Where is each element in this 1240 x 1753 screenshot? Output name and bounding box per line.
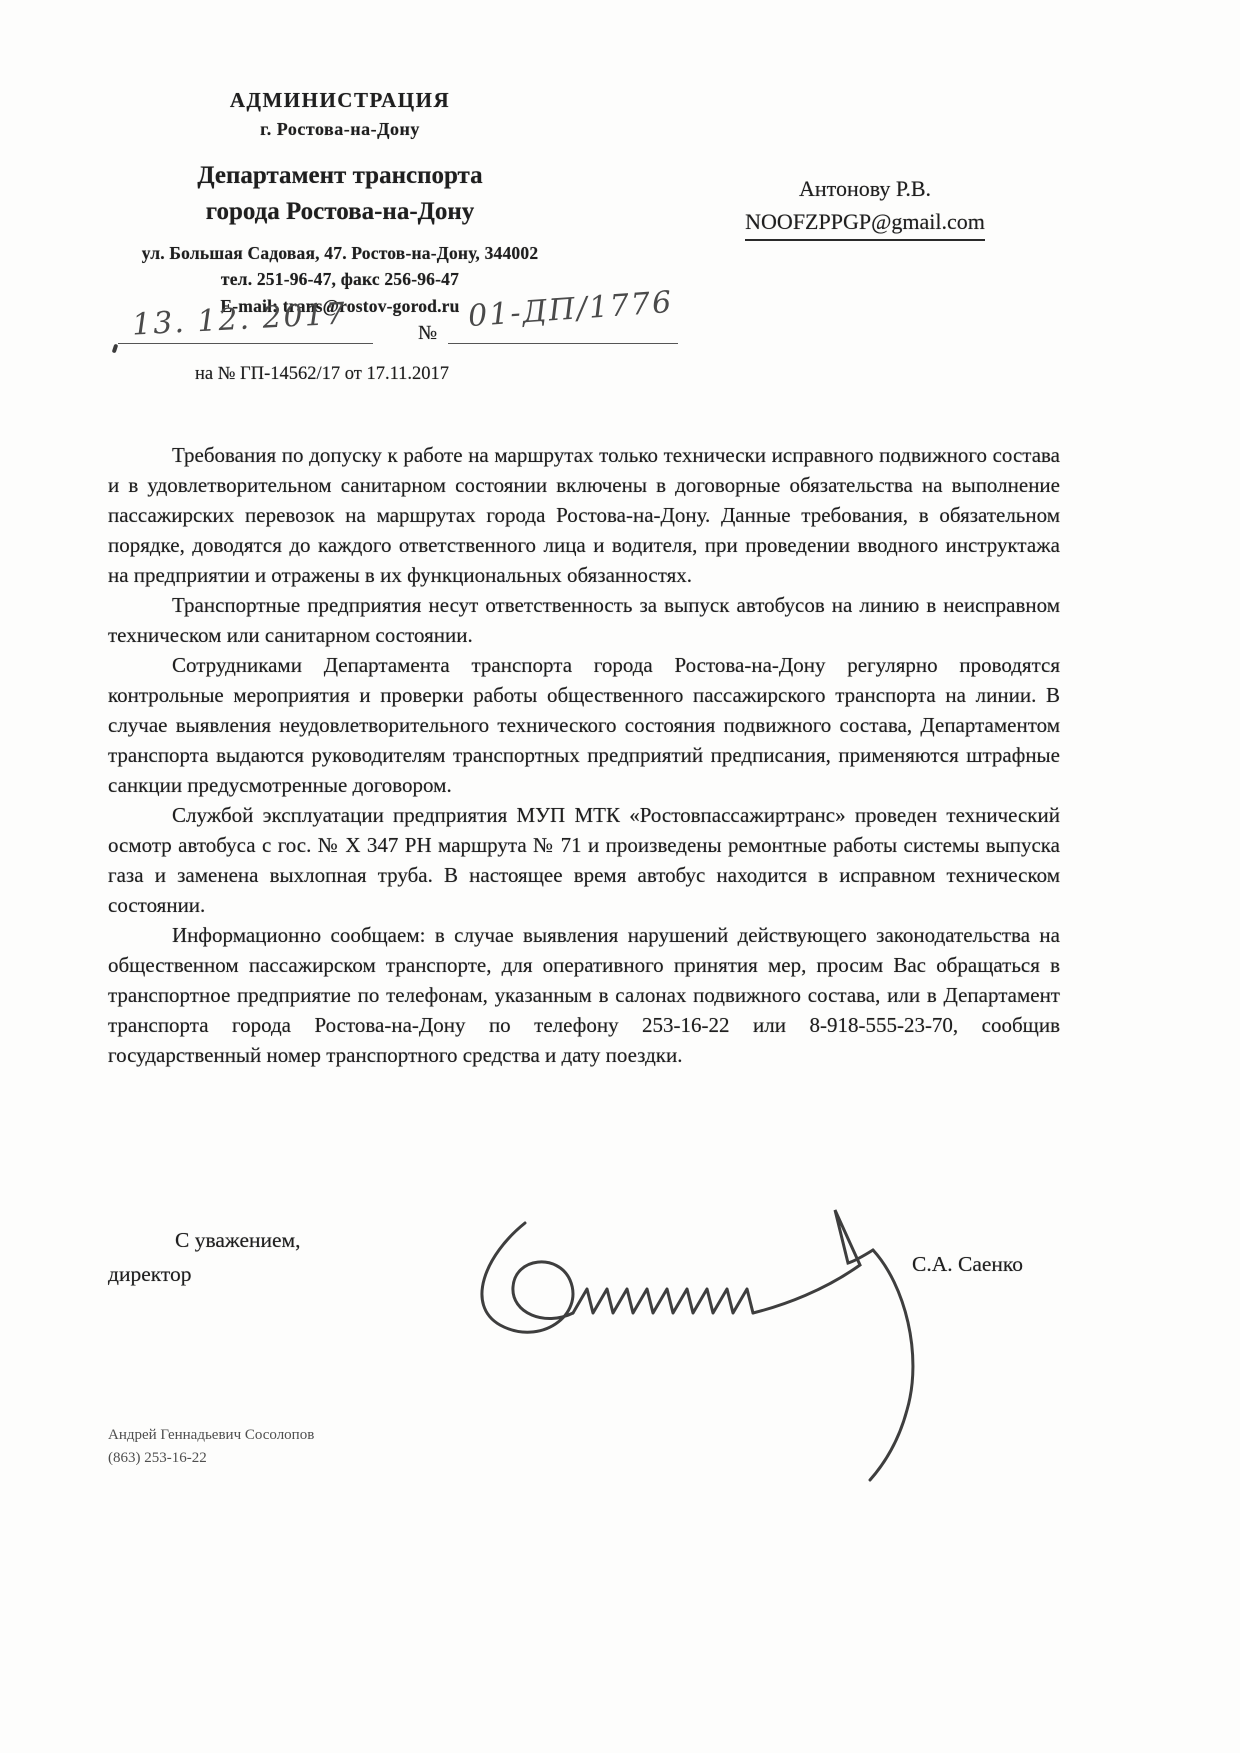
recipient-email: NOOFZPPGP@gmail.com — [745, 205, 985, 241]
number-sign: № — [418, 322, 437, 345]
signer-position: директор — [108, 1262, 192, 1287]
letterhead-phones: тел. 251-96-47, факс 256-96-47 — [95, 266, 585, 292]
date-number-row: 13. 12. 2017 № 01-ДП/1776 — [118, 300, 678, 356]
executor-block: Андрей Геннадьевич Сосолопов (863) 253-1… — [108, 1424, 314, 1469]
body-paragraph-4: Службой эксплуатации предприятия МУП МТК… — [108, 800, 1060, 920]
department-name-line1: Департамент транспорта — [110, 158, 570, 194]
reply-reference: на № ГП-14562/17 от 17.11.2017 — [195, 364, 449, 385]
body-paragraph-5: Информационно сообщаем: в случае выявлен… — [108, 920, 1060, 1070]
handwritten-signature — [455, 1195, 975, 1495]
letterhead-address: ул. Большая Садовая, 47. Ростов-на-Дону,… — [95, 240, 585, 266]
letterhead-department: Департамент транспорта города Ростова-на… — [110, 158, 570, 231]
body-paragraph-1: Требования по допуску к работе на маршру… — [108, 440, 1060, 590]
executor-phone: (863) 253-16-22 — [108, 1447, 314, 1470]
handwritten-date: 13. 12. 2017 — [131, 296, 347, 342]
organization-name: АДМИНИСТРАЦИЯ — [140, 88, 540, 113]
executor-name: Андрей Геннадьевич Сосолопов — [108, 1424, 314, 1447]
body-paragraph-2: Транспортные предприятия несут ответстве… — [108, 590, 1060, 650]
date-field: 13. 12. 2017 — [118, 300, 373, 344]
letter-body: Требования по допуску к работе на маршру… — [108, 440, 1060, 1070]
closing-phrase: С уважением, — [175, 1228, 301, 1253]
department-name-line2: города Ростова-на-Дону — [110, 194, 570, 230]
organization-city: г. Ростова-на-Дону — [140, 119, 540, 140]
recipient-name: Антонову Р.В. — [690, 172, 1040, 205]
letterhead-organization: АДМИНИСТРАЦИЯ г. Ростова-на-Дону — [140, 88, 540, 140]
body-paragraph-3: Сотрудниками Департамента транспорта гор… — [108, 650, 1060, 800]
number-field: 01-ДП/1776 — [448, 300, 678, 344]
recipient-block: Антонову Р.В. NOOFZPPGP@gmail.com — [690, 172, 1040, 241]
